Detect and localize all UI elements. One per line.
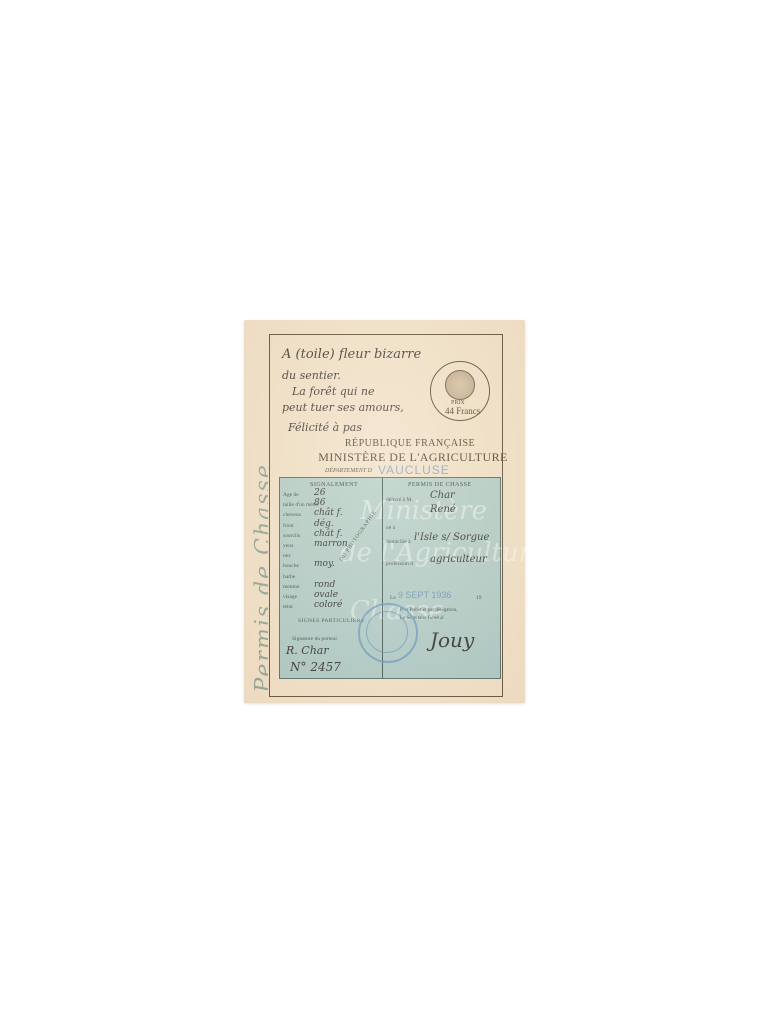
signalement-value: marron [314,539,348,549]
signalement-value: chât f. [314,529,343,539]
signalement-value: rond [314,580,335,590]
permis-value: René [430,504,456,515]
permit-number: N° 2457 [290,660,341,674]
prefect-signature: Jouy [430,628,474,652]
signalement-label: nez [283,553,291,559]
signalement-label: front [283,523,294,529]
signalement-value: 86 [314,498,325,508]
signalement-value: 26 [314,488,325,498]
signalement-label: Age de [283,492,299,498]
permit-blue-panel: Ministère de l'Agriculture Chasse SIGNAL… [279,477,501,679]
permis-value: l'Isle s/ Sorgue [414,532,489,543]
date-stamp: 9 SEPT 1936 [398,590,451,600]
signalement-value: moy. [314,559,335,569]
tax-stamp: PRIX 44 Francs [430,361,490,421]
handwritten-line-2: du sentier. [282,369,341,382]
handwritten-line-1: A (toile) fleur bizarre [282,347,421,362]
marianne-portrait-icon [445,370,475,400]
signalement-value: dég. [314,519,334,529]
signalement-label: yeux [283,543,294,549]
official-seal-stamp [358,603,418,663]
handwritten-line-5: Félicité à pas [288,421,362,434]
signalement-label: visage [283,594,297,600]
signalement-value: chât f. [314,508,343,518]
hunting-permit-document: Permis de Chasse A (toile) fleur bizarre… [244,320,525,703]
handwritten-line-4: peut tuer ses amours, [282,401,404,414]
signalement-value: coloré [314,600,342,610]
permis-value: agriculteur [430,554,487,565]
permis-label: domicilié à [386,539,411,545]
permis-label: délivré à M. [386,497,413,503]
signalement-value: ovale [314,590,338,600]
republic-heading: RÉPUBLIQUE FRANÇAISE [310,438,510,449]
handwritten-line-3: La forêt qui ne [292,385,374,398]
permis-value: Char [430,490,455,501]
permis-label: profession d [386,561,413,567]
signalement-label: bouche [283,563,299,569]
permis-label: né à [386,525,395,531]
bearer-signature: R. Char [286,644,329,657]
signalement-label: cheveux [283,512,301,518]
signalement-label: teint [283,604,293,610]
ornamental-border: Permis de Chasse [244,330,268,690]
signes-particuliers-label: SIGNES PARTICULIERS [298,618,364,624]
signalement-label: menton [283,584,300,590]
signalement-label: barbe [283,574,295,580]
signalement-label: sourcils [283,533,300,539]
permis-title: PERMIS DE CHASSE [408,482,472,488]
